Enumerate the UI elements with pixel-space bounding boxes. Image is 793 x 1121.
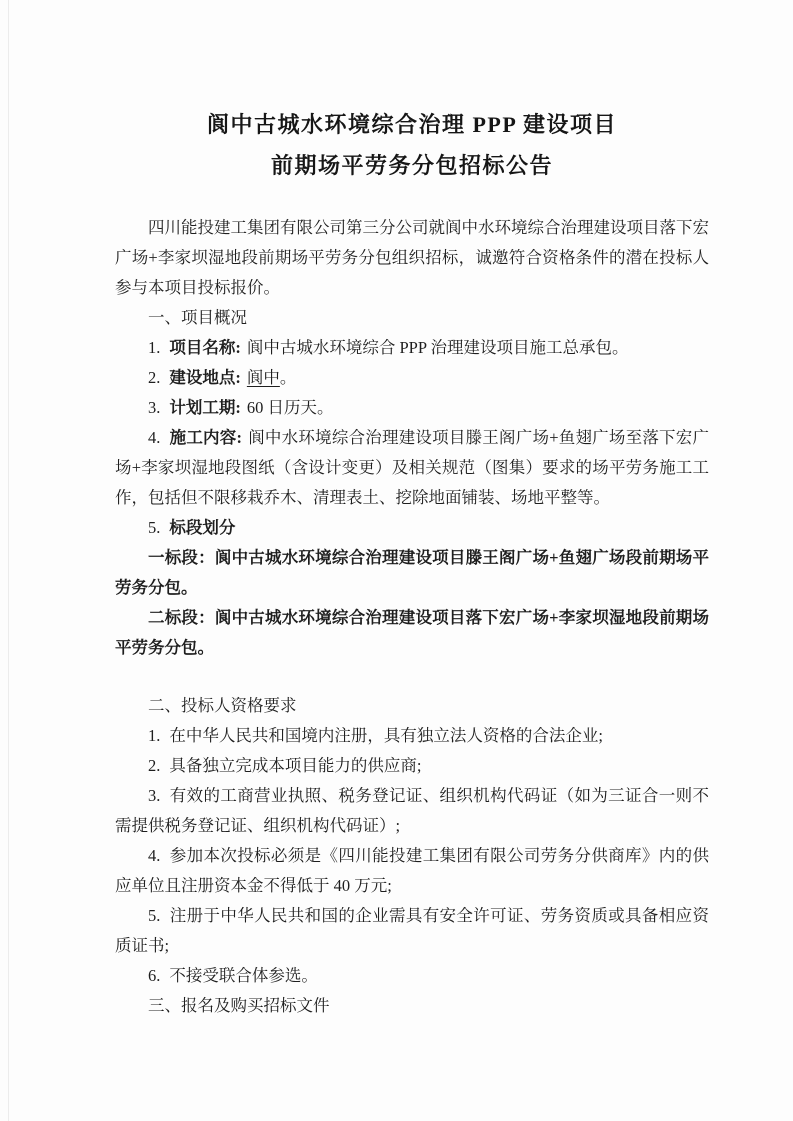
item-value: 阆中古城水环境综合 PPP 治理建设项目施工总承包。 — [247, 338, 629, 357]
item-label: 建设地点: — [169, 368, 241, 387]
item-text: 注册于中华人民共和国的企业需具有安全许可证、劳务资质或具备相应资质证书; — [115, 906, 709, 955]
item-text: 在中华人民共和国境内注册，具有独立法人资格的合法企业; — [169, 726, 603, 745]
document-body: 四川能投建工集团有限公司第三分公司就阆中水环境综合治理建设项目落下宏广场+李家坝… — [115, 213, 709, 1021]
item-number: 4. — [148, 846, 160, 865]
item-text: 具备独立完成本项目能力的供应商; — [169, 756, 421, 775]
qualification-item: 6.不接受联合体参选。 — [115, 961, 709, 991]
section2-heading: 二、投标人资格要求 — [115, 691, 709, 721]
item-label: 施工内容: — [169, 428, 242, 447]
item-number: 3. — [148, 786, 160, 805]
qualification-item: 2.具备独立完成本项目能力的供应商; — [115, 751, 709, 781]
item-number: 5. — [148, 906, 160, 925]
item-number: 1. — [148, 338, 160, 357]
item-value-suffix: 。 — [280, 368, 297, 387]
document-page: 阆中古城水环境综合治理 PPP 建设项目 前期场平劳务分包招标公告 四川能投建工… — [0, 0, 793, 1121]
item-scope: 4.施工内容:阆中水环境综合治理建设项目滕王阁广场+鱼翅广场至落下宏广场+李家坝… — [115, 423, 709, 513]
document-title: 阆中古城水环境综合治理 PPP 建设项目 前期场平劳务分包招标公告 — [115, 104, 709, 186]
item-location: 2.建设地点:阆中。 — [115, 363, 709, 393]
item-number: 1. — [148, 726, 160, 745]
item-value: 60 日历天。 — [247, 398, 334, 417]
bid-section-2: 二标段：阆中古城水环境综合治理建设项目落下宏广场+李家坝湿地段前期场平劳务分包。 — [115, 603, 709, 663]
item-number: 5. — [148, 518, 160, 537]
item-label: 计划工期: — [169, 398, 241, 417]
item-duration: 3.计划工期:60 日历天。 — [115, 393, 709, 423]
item-label: 项目名称: — [169, 338, 241, 357]
title-line-2: 前期场平劳务分包招标公告 — [115, 145, 709, 186]
title-line-1: 阆中古城水环境综合治理 PPP 建设项目 — [115, 104, 709, 145]
qualification-item: 3.有效的工商营业执照、税务登记证、组织机构代码证（如为三证合一则不需提供税务登… — [115, 781, 709, 841]
qualification-item: 5.注册于中华人民共和国的企业需具有安全许可证、劳务资质或具备相应资质证书; — [115, 901, 709, 961]
qualification-item: 4.参加本次投标必须是《四川能投建工集团有限公司劳务分供商库》内的供应单位且注册… — [115, 841, 709, 901]
item-value-underlined: 阆中 — [247, 368, 280, 387]
item-number: 2. — [148, 368, 160, 387]
section3-heading: 三、报名及购买招标文件 — [115, 991, 709, 1021]
item-label: 标段划分 — [169, 518, 235, 537]
qualification-item: 1.在中华人民共和国境内注册，具有独立法人资格的合法企业; — [115, 721, 709, 751]
item-number: 2. — [148, 756, 160, 775]
item-project-name: 1.项目名称:阆中古城水环境综合 PPP 治理建设项目施工总承包。 — [115, 333, 709, 363]
bid-section-1: 一标段：阆中古城水环境综合治理建设项目滕王阁广场+鱼翅广场段前期场平劳务分包。 — [115, 543, 709, 603]
intro-paragraph: 四川能投建工集团有限公司第三分公司就阆中水环境综合治理建设项目落下宏广场+李家坝… — [115, 213, 709, 303]
item-number: 4. — [148, 428, 160, 447]
item-text: 有效的工商营业执照、税务登记证、组织机构代码证（如为三证合一则不需提供税务登记证… — [115, 786, 709, 835]
section1-heading: 一、项目概况 — [115, 303, 709, 333]
item-text: 不接受联合体参选。 — [169, 966, 318, 985]
item-bid-sections: 5.标段划分 — [115, 513, 709, 543]
item-number: 6. — [148, 966, 160, 985]
item-number: 3. — [148, 398, 160, 417]
item-text: 参加本次投标必须是《四川能投建工集团有限公司劳务分供商库》内的供应单位且注册资本… — [115, 846, 709, 895]
